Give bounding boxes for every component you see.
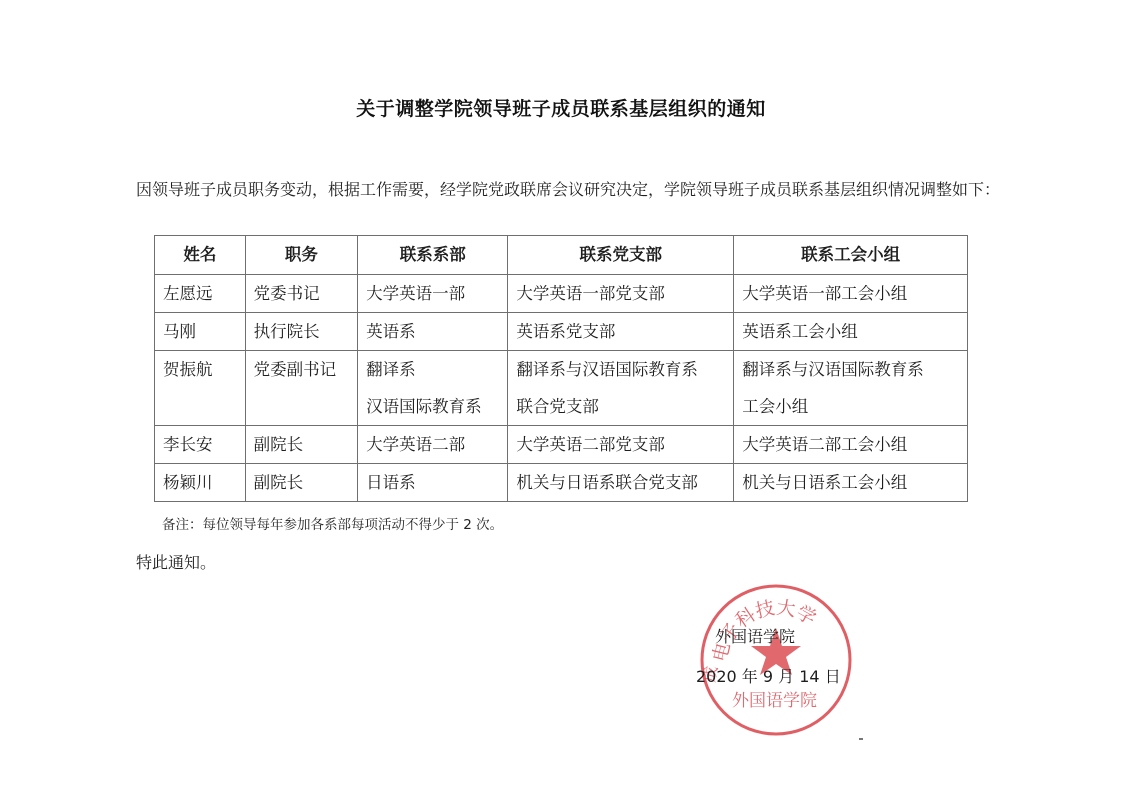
scan-speck: [859, 738, 863, 740]
cell-union-group: 英语系工会小组: [734, 313, 968, 351]
signature-org: 外国语学院: [715, 624, 795, 647]
cell-line: 机关与日语系工会小组: [742, 464, 959, 501]
header-position: 职务: [245, 236, 358, 275]
cell-name: 左愿远: [155, 275, 246, 313]
table-row: 马刚 执行院长 英语系 英语系党支部 英语系工会小组: [155, 313, 968, 351]
cell-union-group: 翻译系与汉语国际教育系 工会小组: [734, 351, 968, 426]
cell-line: 大学英语二部党支部: [516, 426, 725, 463]
cell-union-group: 机关与日语系工会小组: [734, 464, 968, 502]
cell-party-branch: 大学英语一部党支部: [508, 275, 734, 313]
cell-line: 工会小组: [742, 388, 959, 425]
cell-line: 翻译系与汉语国际教育系: [516, 351, 725, 388]
table-row: 李长安 副院长 大学英语二部 大学英语二部党支部 大学英语二部工会小组: [155, 426, 968, 464]
cell-line: 联合党支部: [516, 388, 725, 425]
contact-table: 姓名 职务 联系系部 联系党支部 联系工会小组 左愿远 党委书记 大学英语一部 …: [154, 235, 968, 502]
cell-dept: 翻译系 汉语国际教育系: [358, 351, 508, 426]
cell-dept: 大学英语一部: [358, 275, 508, 313]
cell-dept: 大学英语二部: [358, 426, 508, 464]
header-union-group: 联系工会小组: [734, 236, 968, 275]
cell-position: 副院长: [245, 464, 358, 502]
header-name: 姓名: [155, 236, 246, 275]
cell-name: 贺振航: [155, 351, 246, 426]
cell-name: 李长安: [155, 426, 246, 464]
cell-line: 机关与日语系联合党支部: [516, 464, 725, 501]
cell-line: 大学英语二部工会小组: [742, 426, 959, 463]
cell-line: 英语系党支部: [516, 313, 725, 350]
table-header-row: 姓名 职务 联系系部 联系党支部 联系工会小组: [155, 236, 968, 275]
cell-union-group: 大学英语二部工会小组: [734, 426, 968, 464]
cell-dept: 英语系: [358, 313, 508, 351]
cell-line: 大学英语一部工会小组: [742, 275, 959, 312]
cell-line: 翻译系: [366, 351, 499, 388]
header-dept: 联系系部: [358, 236, 508, 275]
cell-party-branch: 大学英语二部党支部: [508, 426, 734, 464]
official-seal-icon: 电子科技大学 成 外国语学院: [696, 582, 856, 738]
cell-line: 大学英语二部: [366, 426, 499, 463]
cell-line: 大学英语一部党支部: [516, 275, 725, 312]
cell-line: 英语系工会小组: [742, 313, 959, 350]
cell-party-branch: 机关与日语系联合党支部: [508, 464, 734, 502]
cell-position: 执行院长: [245, 313, 358, 351]
cell-position: 党委副书记: [245, 351, 358, 426]
signature-date: 2020 年 9 月 14 日: [696, 664, 841, 687]
note: 备注：每位领导每年参加各系部每项活动不得少于 2 次。: [162, 513, 503, 533]
closing: 特此通知。: [136, 550, 216, 573]
cell-party-branch: 英语系党支部: [508, 313, 734, 351]
table-row: 左愿远 党委书记 大学英语一部 大学英语一部党支部 大学英语一部工会小组: [155, 275, 968, 313]
seal-inner-text: 外国语学院: [732, 691, 817, 711]
cell-dept: 日语系: [358, 464, 508, 502]
cell-position: 党委书记: [245, 275, 358, 313]
cell-party-branch: 翻译系与汉语国际教育系 联合党支部: [508, 351, 734, 426]
cell-name: 马刚: [155, 313, 246, 351]
cell-position: 副院长: [245, 426, 358, 464]
cell-line: 汉语国际教育系: [366, 388, 499, 425]
cell-line: 日语系: [366, 464, 499, 501]
cell-line: 大学英语一部: [366, 275, 499, 312]
table-row: 贺振航 党委副书记 翻译系 汉语国际教育系 翻译系与汉语国际教育系 联合党支部 …: [155, 351, 968, 426]
cell-union-group: 大学英语一部工会小组: [734, 275, 968, 313]
cell-line: 英语系: [366, 313, 499, 350]
document-title: 关于调整学院领导班子成员联系基层组织的通知: [0, 94, 1122, 121]
table-row: 杨颖川 副院长 日语系 机关与日语系联合党支部 机关与日语系工会小组: [155, 464, 968, 502]
header-party-branch: 联系党支部: [508, 236, 734, 275]
cell-line: 翻译系与汉语国际教育系: [742, 351, 959, 388]
intro-paragraph: 因领导班子成员职务变动，根据工作需要，经学院党政联席会议研究决定，学院领导班子成…: [96, 172, 1026, 207]
cell-name: 杨颖川: [155, 464, 246, 502]
